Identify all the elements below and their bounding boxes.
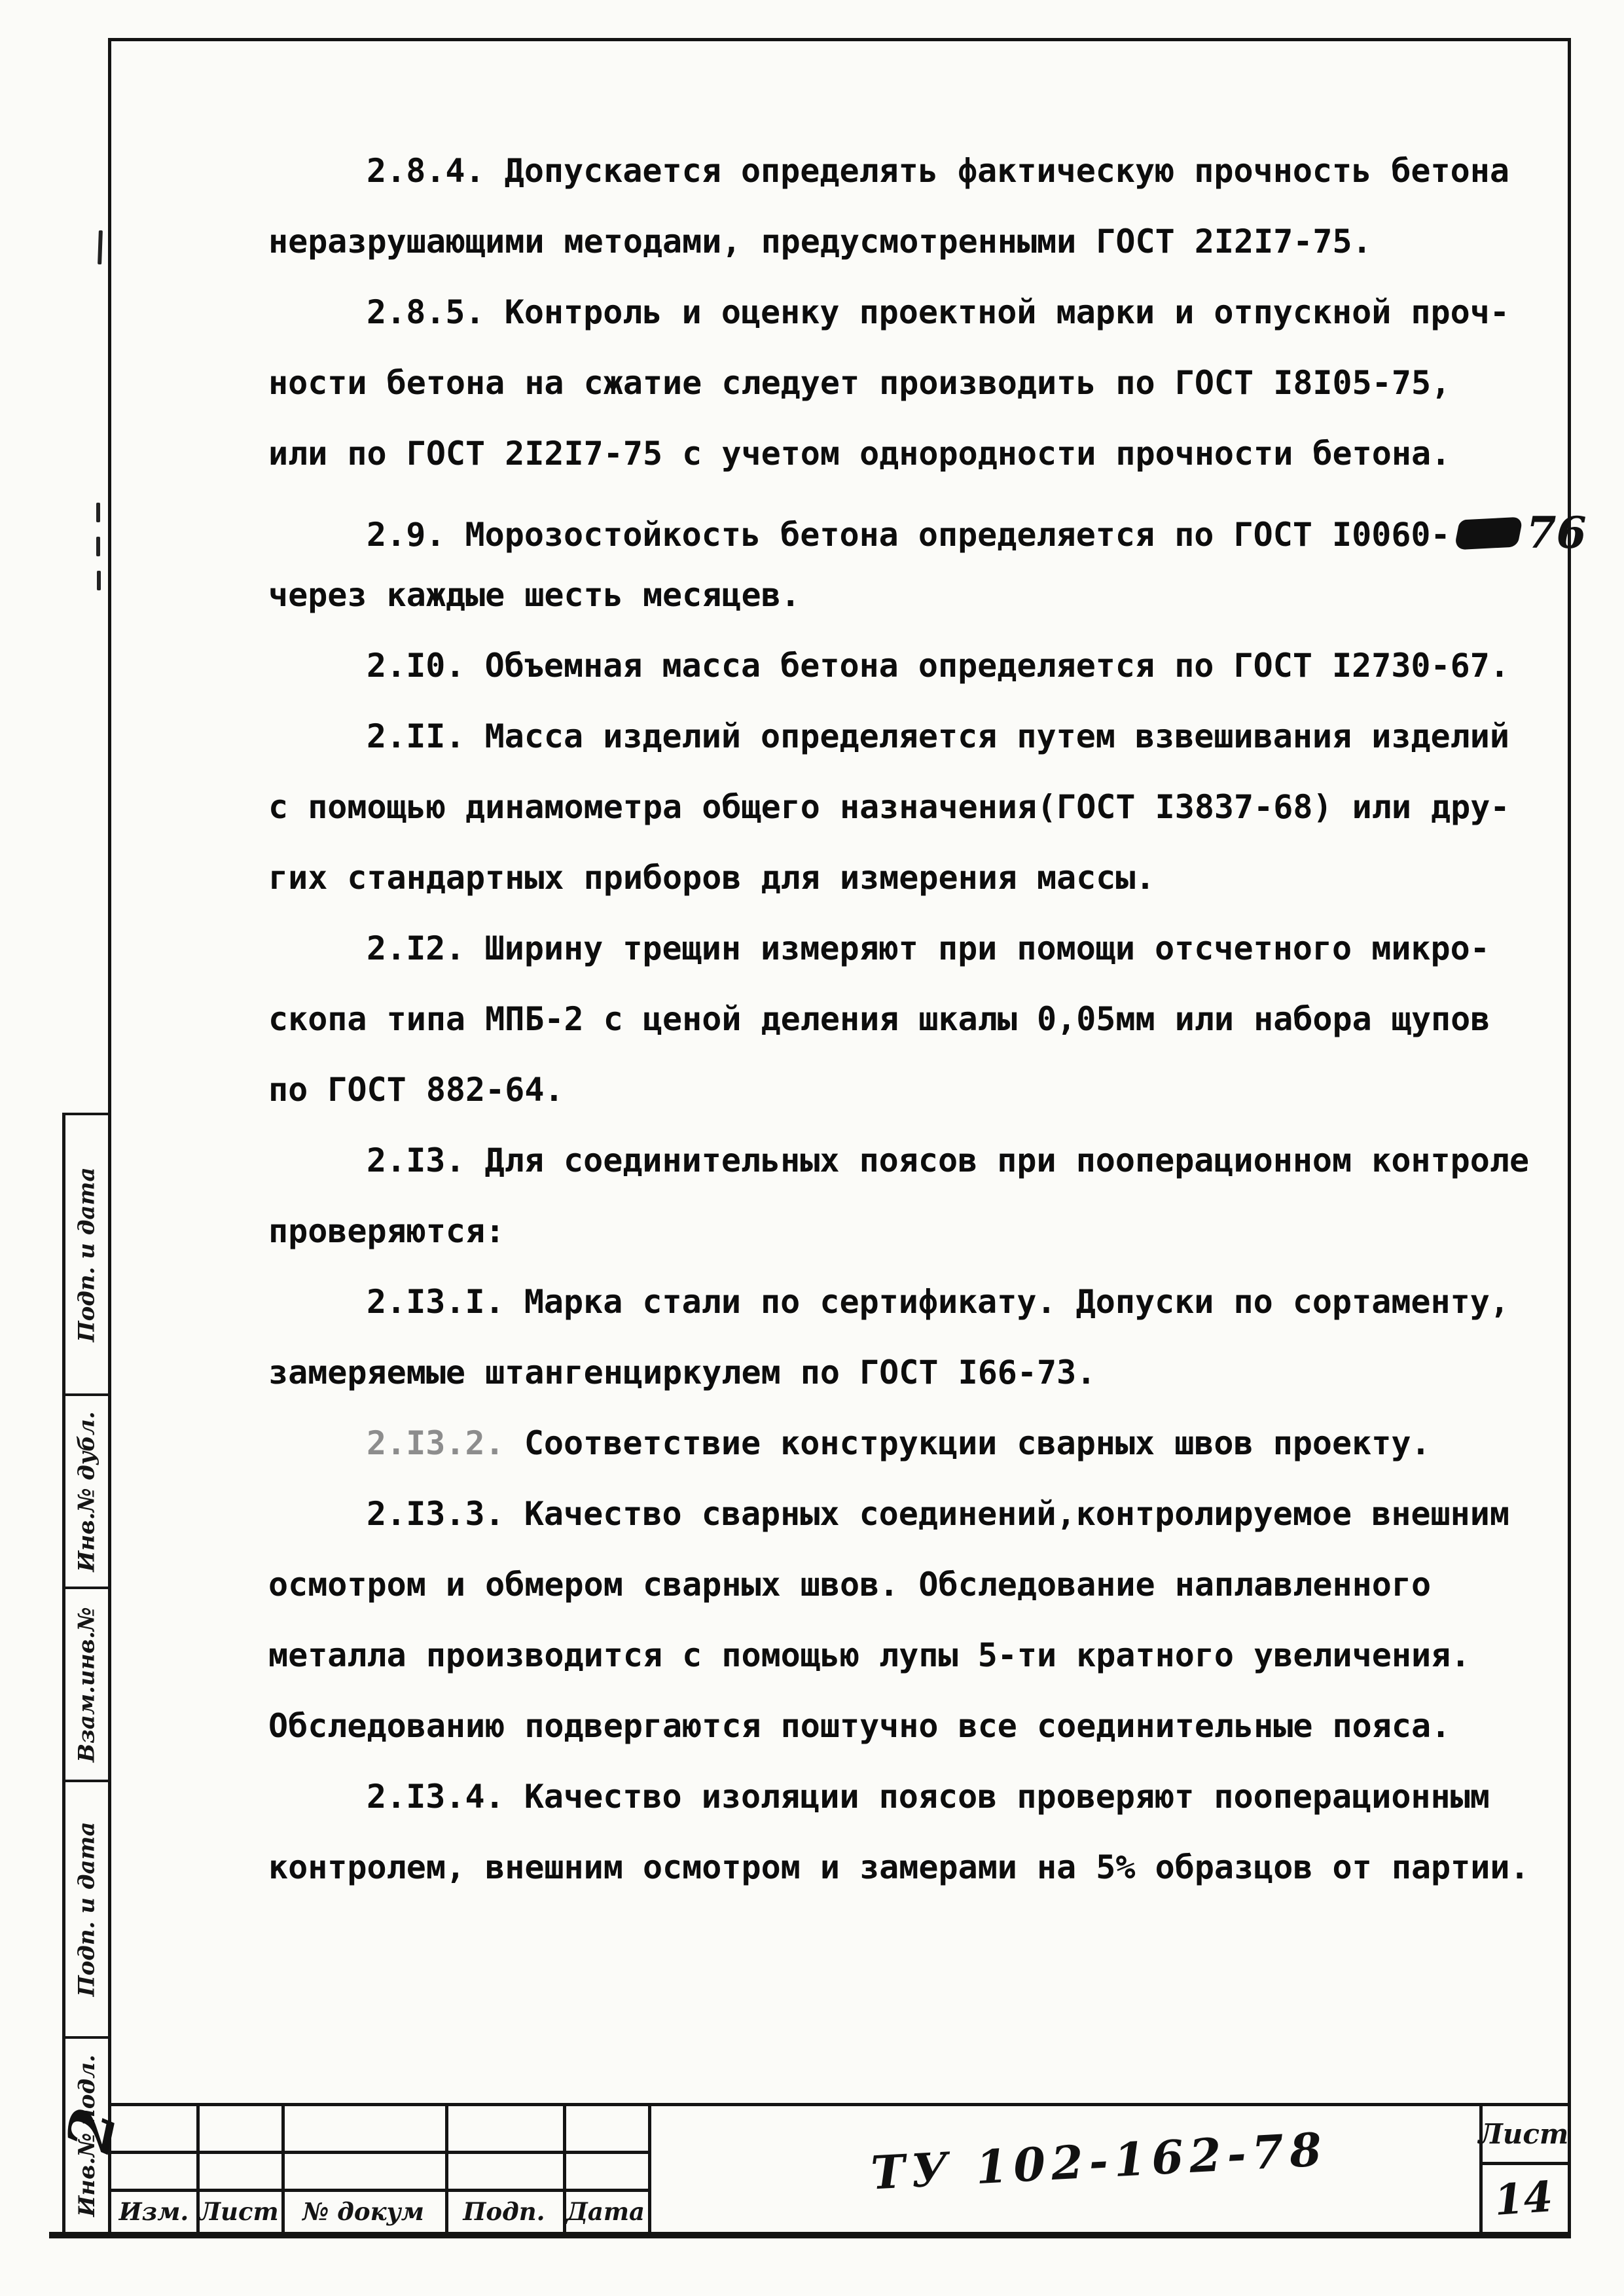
text-segment: скопа типа МПБ-2 с ценой деления шкалы 0… — [268, 1000, 1490, 1038]
text-line: 2.I3.3. Качество сварных соединений,конт… — [268, 1495, 1551, 1566]
margin-cell-inv-dubl: Инв.№ дубл. — [62, 1393, 111, 1587]
stamp-col-ndocum: № докум — [281, 2191, 445, 2232]
text-line: 2.I2. Ширину трещин измеряют при помощи … — [268, 929, 1551, 1000]
text-line: 2.I0. Объемная масса бетона определяется… — [268, 647, 1551, 717]
text-segment: через каждые шесть месяцев. — [268, 576, 801, 614]
text-segment: ности бетона на сжатие следует производи… — [268, 364, 1451, 402]
text-segment: 2.I3.4. Качество изоляции поясов проверя… — [367, 1778, 1490, 1816]
text-segment: неразрушающими методами, предусмотренным… — [268, 223, 1372, 260]
sheet-label: Лист — [1479, 2106, 1568, 2162]
body-text: 2.8.4. Допускается определять фактическу… — [268, 152, 1551, 1919]
text-segment: 2.I3.I. Марка стали по сертификату. Допу… — [367, 1283, 1509, 1321]
text-line: 2.8.5. Контроль и оценку проектной марки… — [268, 293, 1551, 364]
text-line: через каждые шесть месяцев. — [268, 576, 1551, 647]
sheet-box-divider — [1479, 2162, 1568, 2165]
text-line: или по ГОСТ 2I2I7-75 с учетом однороднос… — [268, 435, 1551, 505]
text-line: с помощью динамометра общего назначения(… — [268, 788, 1551, 859]
scan-artifact — [97, 571, 101, 590]
text-segment: 2.I3.3. Качество сварных соединений,конт… — [367, 1495, 1509, 1533]
scan-artifact — [96, 537, 100, 556]
text-segment: 2.I2. Ширину трещин измеряют при помощи … — [367, 929, 1490, 967]
text-segment: 2.I0. Объемная масса бетона определяется… — [367, 647, 1509, 685]
text-segment: 2.I3.2. — [367, 1424, 505, 1462]
text-line: по ГОСТ 882-64. — [268, 1071, 1551, 1141]
text-segment: 2.I3. Для соединительных поясов при пооп… — [367, 1141, 1529, 1179]
text-segment: проверяются: — [268, 1212, 505, 1250]
text-line: металла производится с помощью лупы 5-ти… — [268, 1636, 1551, 1707]
stamp-column-line — [648, 2103, 651, 2234]
text-segment: 2.II. Масса изделий определяется путем в… — [367, 717, 1509, 755]
text-segment: осмотром и обмером сварных швов. Обследо… — [268, 1566, 1431, 1604]
text-segment: 2.8.5. Контроль и оценку проектной марки… — [367, 293, 1509, 331]
text-segment: или по ГОСТ 2I2I7-75 с учетом однороднос… — [268, 435, 1451, 473]
text-segment: с помощью динамометра общего назначения(… — [268, 788, 1509, 826]
text-segment: Соответствие конструкции сварных швов пр… — [505, 1424, 1431, 1462]
text-line: гих стандартных приборов для измерения м… — [268, 859, 1551, 929]
text-segment: 2.9. Морозостойкость бетона определяется… — [367, 516, 1451, 554]
text-line: неразрушающими методами, предусмотренным… — [268, 223, 1551, 293]
margin-cell-podp-data-1: Подп. и дата — [62, 1113, 111, 1393]
text-line: 2.I3.I. Марка стали по сертификату. Допу… — [268, 1283, 1551, 1354]
text-segment: Обследованию подвергаются поштучно все с… — [268, 1707, 1451, 1745]
margin-label: Инв.№ дубл. — [74, 1411, 100, 1571]
margin-label: Подп. и дата — [74, 1821, 100, 1996]
stamp-col-izm: Изм. — [111, 2191, 196, 2232]
text-line: 2.II. Масса изделий определяется путем в… — [268, 717, 1551, 788]
text-segment: замеряемые штангенциркулем по ГОСТ I66-7… — [268, 1354, 1096, 1391]
text-line: 2.9. Морозостойкость бетона определяется… — [268, 505, 1551, 576]
stamp-col-list: Лист — [196, 2191, 281, 2232]
ink-scribble — [1454, 517, 1523, 550]
scan-artifact — [96, 503, 100, 522]
sheet-number: 14 — [1477, 2164, 1570, 2233]
text-line: контролем, внешним осмотром и замерами н… — [268, 1848, 1551, 1919]
scanned-document-page: { "body": { "lines": [ {"indent": true, … — [0, 0, 1624, 2296]
stamp-col-podp: Подп. — [445, 2191, 563, 2232]
text-segment: по ГОСТ 882-64. — [268, 1071, 564, 1109]
text-line: 2.I3. Для соединительных поясов при пооп… — [268, 1141, 1551, 1212]
text-line: Обследованию подвергаются поштучно все с… — [268, 1707, 1551, 1778]
margin-label: Взам.инв.№ — [74, 1607, 100, 1762]
text-line: замеряемые штангенциркулем по ГОСТ I66-7… — [268, 1354, 1551, 1424]
stamp-row-line — [111, 2151, 648, 2154]
text-segment: 2.8.4. Допускается определять фактическу… — [367, 152, 1509, 190]
handwritten-correction: 76 — [1526, 507, 1587, 558]
text-segment: металла производится с помощью лупы 5-ти… — [268, 1636, 1470, 1674]
scan-artifact — [98, 230, 103, 264]
margin-label: Подп. и дата — [74, 1167, 100, 1342]
margin-cell-vzam-inv: Взам.инв.№ — [62, 1587, 111, 1780]
text-line: осмотром и обмером сварных швов. Обследо… — [268, 1566, 1551, 1636]
text-line: 2.8.4. Допускается определять фактическу… — [268, 152, 1551, 223]
text-segment: контролем, внешним осмотром и замерами н… — [268, 1848, 1530, 1886]
text-line: ности бетона на сжатие следует производи… — [268, 364, 1551, 435]
stamp-col-data: Дата — [563, 2191, 648, 2232]
stamp-top-line — [111, 2103, 1568, 2106]
text-line: скопа типа МПБ-2 с ценой деления шкалы 0… — [268, 1000, 1551, 1071]
margin-cell-podp-data-2: Подп. и дата — [62, 1780, 111, 2036]
text-line: 2.I3.2. Соответствие конструкции сварных… — [268, 1424, 1551, 1495]
text-line: 2.I3.4. Качество изоляции поясов проверя… — [268, 1778, 1551, 1848]
frame-bottom-line — [49, 2232, 111, 2238]
text-line: проверяются: — [268, 1212, 1551, 1283]
text-segment: гих стандартных приборов для измерения м… — [268, 859, 1155, 897]
